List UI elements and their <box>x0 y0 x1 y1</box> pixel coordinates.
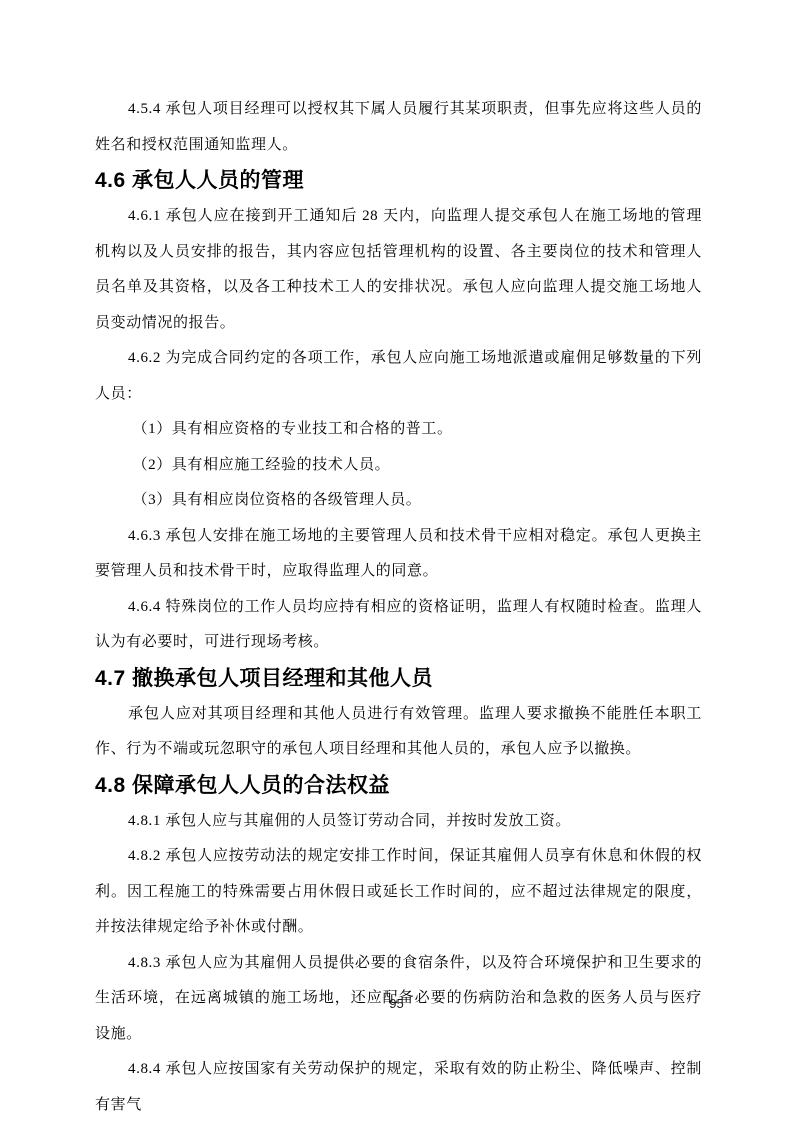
section-heading: 4.6 承包人人员的管理 <box>95 163 702 199</box>
section-heading: 4.8 保障承包人人员的合法权益 <box>95 768 702 804</box>
paragraph: 4.6.3 承包人安排在施工场地的主要管理人员和技术骨干应相对稳定。承包人更换主… <box>95 519 702 590</box>
document-page: 4.5.4 承包人项目经理可以授权其下属人员履行其某项职责，但事先应将这些人员的… <box>0 0 793 1122</box>
list-item: （3）具有相应岗位资格的各级管理人员。 <box>95 483 702 519</box>
page-footer: 95 <box>0 995 793 1013</box>
section-heading: 4.7 撤换承包人项目经理和其他人员 <box>95 661 702 697</box>
paragraph: 4.8.4 承包人应按国家有关劳动保护的规定，采取有效的防止粉尘、降低噪声、控制… <box>95 1052 702 1122</box>
paragraph: 4.8.1 承包人应与其雇佣的人员签订劳动合同，并按时发放工资。 <box>95 804 702 840</box>
paragraph: 4.6.1 承包人应在接到开工通知后 28 天内，向监理人提交承包人在施工场地的… <box>95 199 702 341</box>
list-item: （1）具有相应资格的专业技工和合格的普工。 <box>95 412 702 448</box>
paragraph: 4.5.4 承包人项目经理可以授权其下属人员履行其某项职责，但事先应将这些人员的… <box>95 92 702 163</box>
paragraph: 承包人应对其项目经理和其他人员进行有效管理。监理人要求撤换不能胜任本职工作、行为… <box>95 697 702 768</box>
paragraph: 4.8.2 承包人应按劳动法的规定安排工作时间，保证其雇佣人员享有休息和休假的权… <box>95 839 702 946</box>
list-item: （2）具有相应施工经验的技术人员。 <box>95 448 702 484</box>
paragraph: 4.6.2 为完成合同约定的各项工作，承包人应向施工场地派遣或雇佣足够数量的下列… <box>95 341 702 412</box>
page-number: 95 <box>389 996 403 1011</box>
document-content: 4.5.4 承包人项目经理可以授权其下属人员履行其某项职责，但事先应将这些人员的… <box>95 92 702 1122</box>
paragraph: 4.6.4 特殊岗位的工作人员均应持有相应的资格证明，监理人有权随时检查。监理人… <box>95 590 702 661</box>
